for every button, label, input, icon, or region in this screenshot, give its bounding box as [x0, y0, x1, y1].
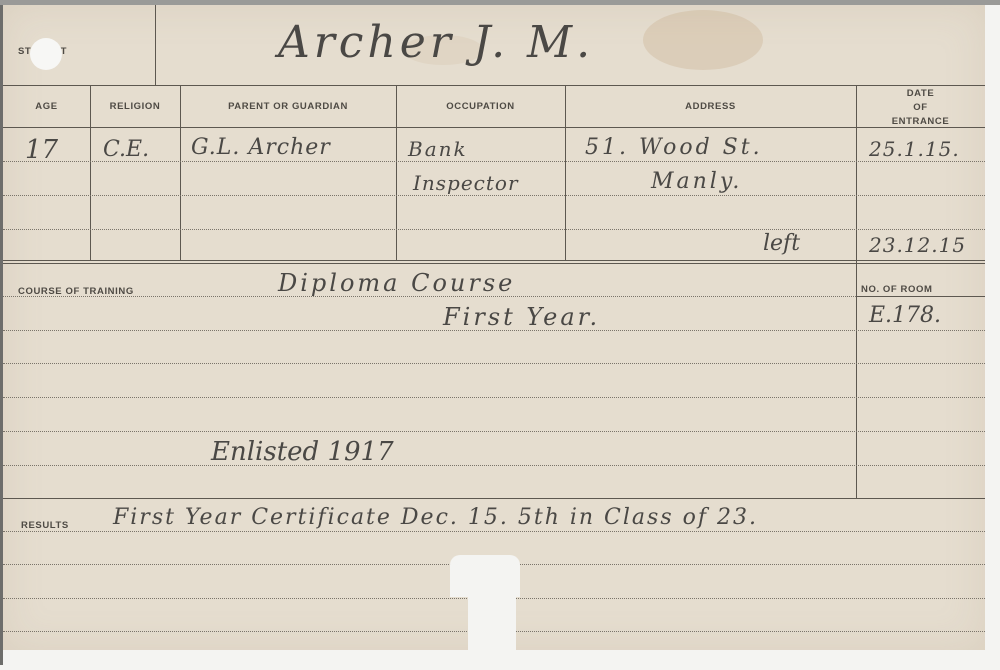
card-tab-notch-stem — [468, 595, 516, 655]
paper-stain — [643, 10, 763, 70]
course-value-line2: First Year. — [443, 303, 600, 331]
student-label-divider — [155, 5, 156, 85]
date-of-entrance-header: DATE OF ENTRANCE — [856, 87, 985, 129]
age-value: 17 — [25, 135, 58, 165]
course-bottom-rule — [3, 498, 985, 499]
occupation-header: OCCUPATION — [396, 100, 565, 114]
course-value-line1: Diploma Course — [278, 269, 515, 297]
punch-hole — [30, 38, 62, 70]
student-name: Archer J. M. — [278, 17, 594, 68]
parent-guardian-header: PARENT OR GUARDIAN — [180, 100, 396, 114]
date-header-line2: OF — [856, 101, 985, 115]
religion-value: C.E. — [103, 137, 149, 162]
course-note: Enlisted 1917 — [211, 437, 394, 467]
address-value-line2: Manly. — [651, 169, 742, 194]
ruled-line — [3, 363, 985, 364]
results-label: RESULTS — [21, 519, 69, 533]
occupation-value-line1: Bank — [408, 137, 468, 161]
occupation-value-line2: Inspector — [413, 171, 519, 195]
ruled-line — [3, 229, 985, 230]
room-number-label: NO. OF ROOM — [861, 283, 933, 297]
header-bottom-rule — [3, 127, 985, 128]
header-top-rule — [3, 85, 985, 86]
left-note: left — [763, 231, 800, 256]
date-left-value: 23.12.15 — [869, 233, 966, 257]
details-bottom-rule-double — [3, 263, 985, 264]
ruled-line — [3, 397, 985, 398]
date-of-entrance-value: 25.1.15. — [869, 137, 960, 161]
address-header: ADDRESS — [565, 100, 856, 114]
religion-header: RELIGION — [90, 100, 180, 114]
ruled-line — [3, 431, 985, 432]
date-header-line1: DATE — [856, 87, 985, 101]
ruled-line — [3, 161, 985, 162]
results-value: First Year Certificate Dec. 15. 5th in C… — [113, 505, 758, 530]
course-of-training-label: COURSE OF TRAINING — [18, 285, 134, 299]
student-record-card: STUDENT AGE RELIGION PARENT OR GUARDIAN … — [3, 5, 985, 650]
ruled-line — [3, 195, 985, 196]
date-header-line3: ENTRANCE — [856, 115, 985, 129]
address-value-line1: 51. Wood St. — [585, 135, 763, 160]
ruled-line — [3, 465, 985, 466]
parent-guardian-value: G.L. Archer — [191, 135, 331, 160]
col-divider-address-room — [856, 85, 857, 498]
ruled-line — [3, 531, 985, 532]
card-tab-notch — [450, 555, 520, 597]
details-bottom-rule — [3, 260, 985, 261]
room-number-value: E.178. — [869, 303, 941, 328]
age-header: AGE — [3, 100, 90, 114]
